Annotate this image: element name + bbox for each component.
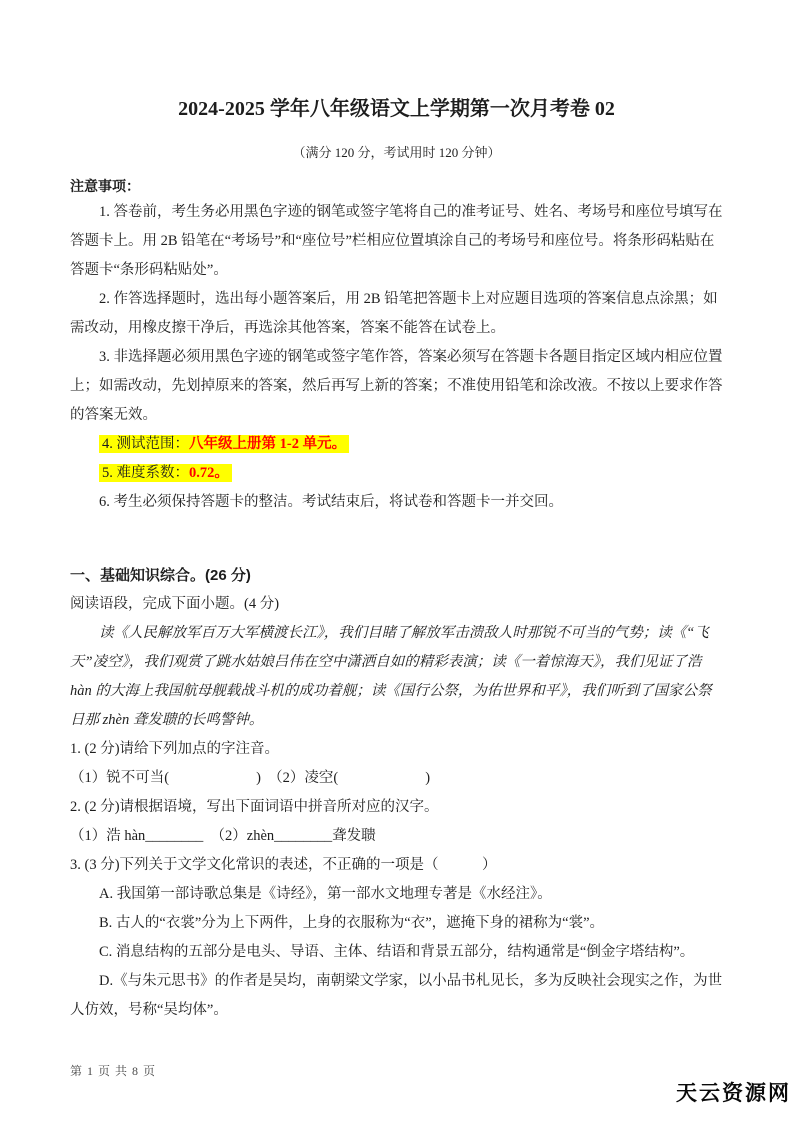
question-1-blanks: （1）锐不可当( ) （2）凌空( ) xyxy=(70,764,723,793)
test-scope-highlight: 4. 测试范围：八年级上册第 1-2 单元。 xyxy=(99,435,349,453)
notice-item-2: 2. 作答选择题时，选出每小题答案后，用 2B 铅笔把答题卡上对应题目选项的答案… xyxy=(70,285,723,343)
notice-heading: 注意事项： xyxy=(70,176,723,196)
reading-instruction: 阅读语段，完成下面小题。(4 分) xyxy=(70,590,723,619)
test-scope-label: 4. 测试范围： xyxy=(102,436,189,452)
question-3-option-c: C. 消息结构的五部分是电头、导语、主体、结语和背景五部分，结构通常是“倒金字塔… xyxy=(70,938,723,967)
difficulty-label: 5. 难度系数： xyxy=(102,465,189,481)
exam-score-time-subtitle: （满分 120 分，考试用时 120 分钟） xyxy=(70,144,723,162)
page-title: 2024-2025 学年八年级语文上学期第一次月考卷 02 xyxy=(70,94,723,124)
question-1-stem: 1. (2 分)请给下列加点的字注音。 xyxy=(70,735,723,764)
notice-item-1: 1. 答卷前，考生务必用黑色字迹的钢笔或签字笔将自己的准考证号、姓名、考场号和座… xyxy=(70,198,723,285)
question-2-stem: 2. (2 分)请根据语境，写出下面词语中拼音所对应的汉字。 xyxy=(70,793,723,822)
notice-item-6: 6. 考生必须保持答题卡的整洁。考试结束后，将试卷和答题卡一并交回。 xyxy=(70,488,723,517)
question-3-stem: 3. (3 分)下列关于文学文化常识的表述，不正确的一项是（ ） xyxy=(70,851,723,880)
question-3-option-d: D.《与朱元思书》的作者是吴均，南朝梁文学家，以小品书札见长，多为反映社会现实之… xyxy=(70,967,723,1025)
reading-passage: 读《人民解放军百万大军横渡长江》，我们目睹了解放军击溃敌人时那锐不可当的气势；读… xyxy=(70,619,723,735)
notice-item-5: 5. 难度系数：0.72。 xyxy=(70,459,723,488)
notice-item-3: 3. 非选择题必须用黑色字迹的钢笔或签字笔作答，答案必须写在答题卡各题目指定区域… xyxy=(70,343,723,430)
notice-item-4: 4. 测试范围：八年级上册第 1-2 单元。 xyxy=(70,430,723,459)
test-scope-value: 八年级上册第 1-2 单元。 xyxy=(189,436,346,452)
question-3-option-a: A. 我国第一部诗歌总集是《诗经》，第一部水文地理专著是《水经注》。 xyxy=(70,880,723,909)
difficulty-highlight: 5. 难度系数：0.72。 xyxy=(99,464,232,482)
section-one-heading: 一、基础知识综合。(26 分) xyxy=(70,561,723,590)
question-2-blanks: （1）浩 hàn________ （2）zhèn________聋发聩 xyxy=(70,822,723,851)
page-number-indicator: 第 1 页 共 8 页 xyxy=(70,1062,156,1079)
question-3-option-b: B. 古人的“衣裳”分为上下两件，上身的衣服称为“衣”，遮掩下身的裙称为“裳”。 xyxy=(70,909,723,938)
exam-paper-page: 2024-2025 学年八年级语文上学期第一次月考卷 02 （满分 120 分，… xyxy=(0,0,793,1025)
difficulty-value: 0.72。 xyxy=(189,465,229,481)
site-watermark: 天云资源网 xyxy=(676,1082,791,1106)
